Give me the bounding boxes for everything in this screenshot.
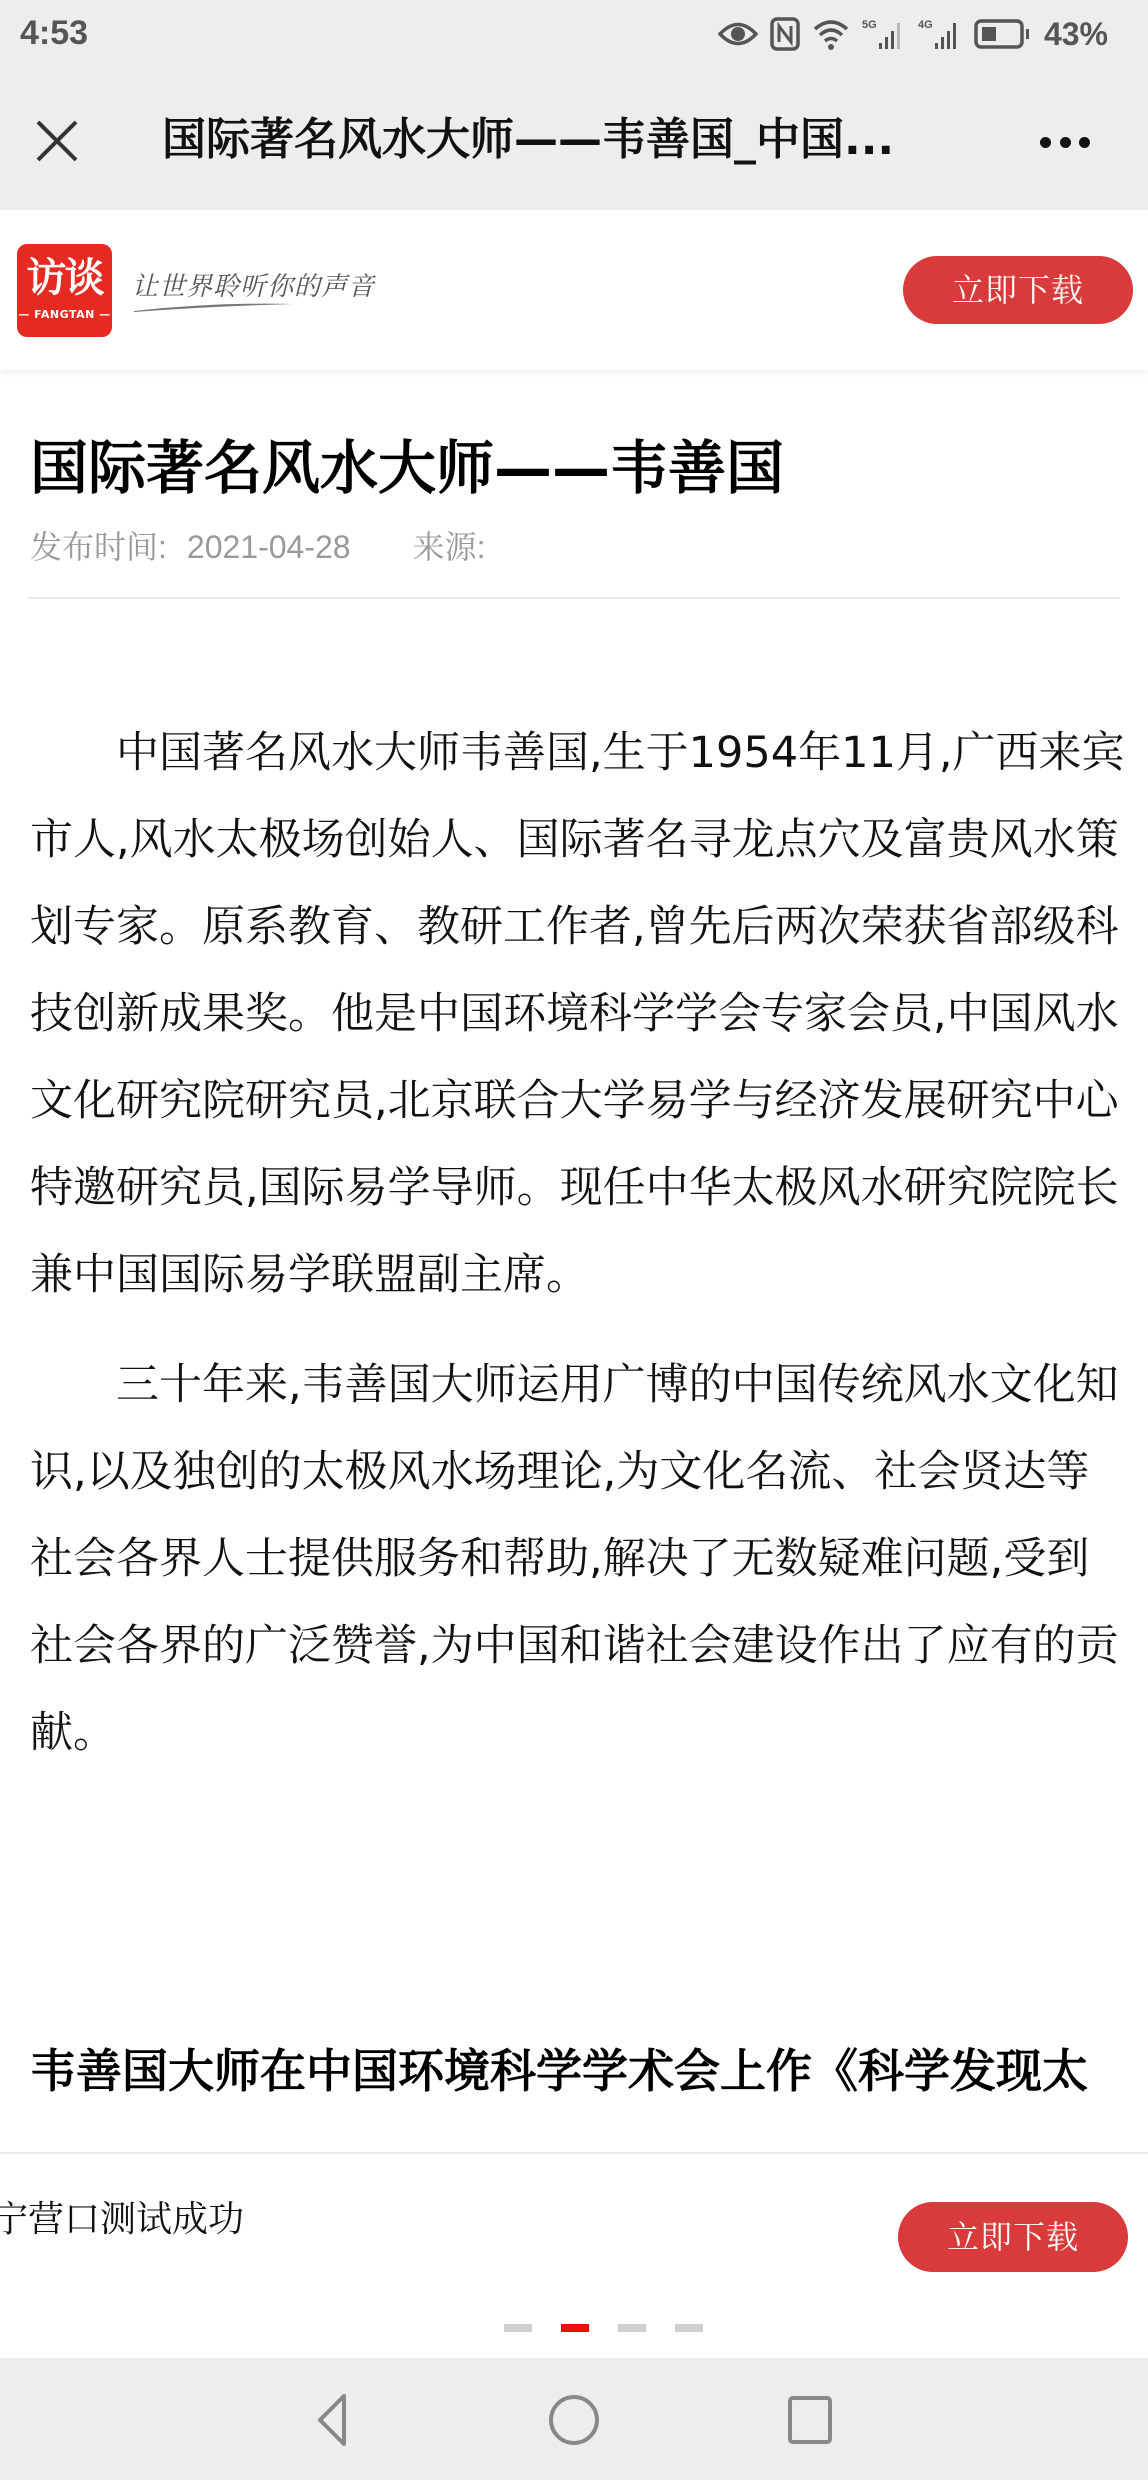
more-dots-icon [1040, 137, 1051, 148]
more-options-button[interactable] [1030, 120, 1100, 164]
source-label: 来源: [413, 529, 486, 565]
pager-dot[interactable] [675, 2324, 703, 2332]
home-icon [542, 2388, 606, 2452]
pager-dot-active[interactable] [561, 2324, 589, 2332]
app-logo-text: 访谈 [17, 256, 112, 300]
eye-comfort-icon [718, 19, 758, 49]
back-icon [300, 2388, 364, 2452]
battery-icon [974, 19, 1032, 49]
download-button-top[interactable]: 立即下载 [903, 256, 1133, 324]
status-bar: 4:53 5G 4G [0, 0, 1148, 70]
battery-percent: 43% [1044, 16, 1108, 53]
app-logo[interactable]: 访谈 — FANGTAN — [17, 244, 112, 337]
download-button-bottom[interactable]: 立即下载 [898, 2202, 1128, 2272]
article-paragraph: 中国著名风水大师韦善国,生于1954年11月,广西来宾市人,风水太极场创始人、国… [30, 710, 1125, 1319]
app-slogan: 让世界聆听你的声音 [132, 266, 375, 303]
signal-5g-icon: 5G [862, 17, 906, 51]
recents-icon [778, 2388, 842, 2452]
pager-dot[interactable] [618, 2324, 646, 2332]
svg-text:5G: 5G [862, 19, 877, 31]
carousel-text[interactable]: 辽宁营口测试成功 [0, 2194, 244, 2246]
nfc-icon [770, 17, 800, 51]
signal-4g-icon: 4G [918, 17, 962, 51]
system-nav-bar [0, 2358, 1148, 2480]
bottom-promo-banner[interactable]: 辽宁营口测试成功 立即下载 [0, 2152, 1148, 2358]
article-body: 中国著名风水大师韦善国,生于1954年11月,广西来宾市人,风水太极场创始人、国… [30, 710, 1125, 1800]
page-title: 国际著名风水大师——韦善国_中国... [162, 106, 982, 174]
article-paragraph: 三十年来,韦善国大师运用广博的中国传统风水文化知识,以及独创的太极风水场理论,为… [30, 1342, 1125, 1777]
svg-text:4G: 4G [918, 19, 933, 31]
more-dots-icon [1079, 137, 1090, 148]
meta-divider [28, 597, 1120, 599]
app-promo-banner: 访谈 — FANGTAN — 让世界聆听你的声音 立即下载 [0, 210, 1148, 370]
published-date: 2021-04-28 [187, 529, 351, 565]
close-icon [30, 114, 84, 168]
published-label: 发布时间: [30, 529, 167, 565]
home-button[interactable] [542, 2388, 606, 2452]
wifi-icon [812, 17, 850, 51]
more-dots-icon [1060, 137, 1071, 148]
title-bar: 国际著名风水大师——韦善国_中国... [0, 70, 1148, 210]
article-title: 国际著名风水大师——韦善国 [30, 428, 784, 508]
status-icons: 5G 4G 43% [718, 14, 1148, 54]
close-button[interactable] [30, 114, 84, 168]
article-meta: 发布时间:2021-04-28来源: [30, 525, 506, 569]
back-button[interactable] [300, 2388, 364, 2452]
swoosh-decoration-icon [134, 302, 294, 312]
status-time: 4:53 [20, 14, 88, 53]
recents-button[interactable] [778, 2388, 842, 2452]
pager-dot[interactable] [504, 2324, 532, 2332]
carousel-pager [504, 2324, 703, 2332]
app-logo-subtext: — FANGTAN — [17, 308, 112, 321]
